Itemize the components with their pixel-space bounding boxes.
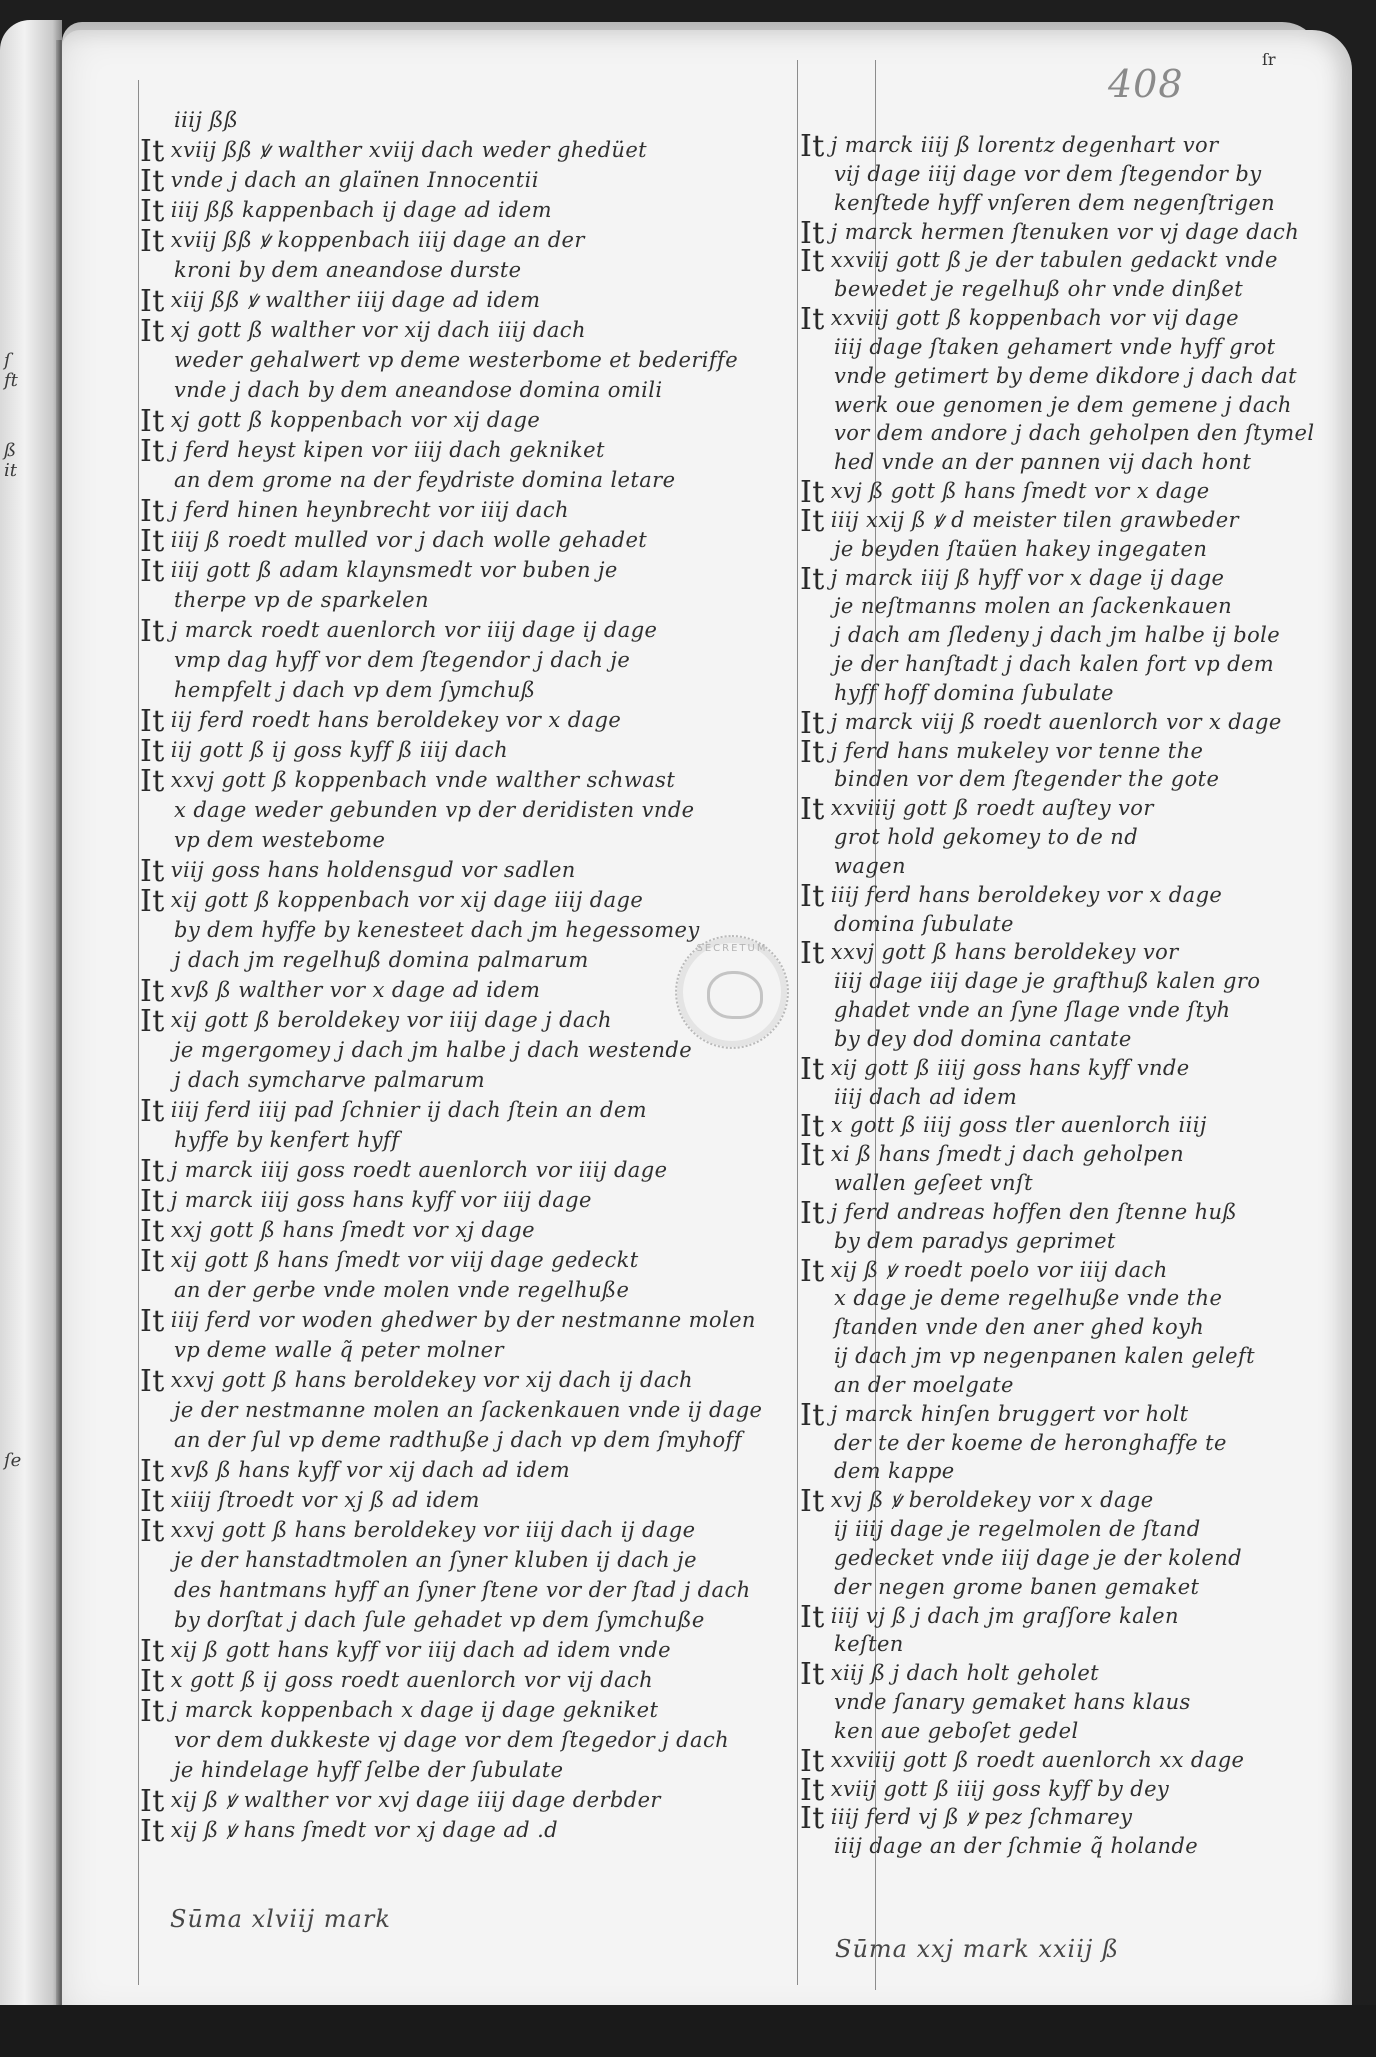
entry-text: xij ß ꝟ walther vor xvj dage iiij dage d… bbox=[171, 1788, 661, 1812]
entry-text: x dage weder gebunden vp der deridisten … bbox=[174, 798, 695, 822]
previous-page-fragment: ß bbox=[4, 440, 16, 461]
entry-text: j ferd heyst kipen vor iiij dach geknike… bbox=[171, 438, 605, 462]
item-mark: It bbox=[800, 129, 825, 164]
item-mark: It bbox=[800, 1254, 825, 1289]
item-mark: It bbox=[140, 764, 165, 799]
item-mark: It bbox=[140, 314, 165, 349]
entry-text: j dach jm regelhuß domina palmarum bbox=[174, 948, 589, 972]
entry-text: j ferd hinen heynbrecht vor iiij dach bbox=[171, 498, 569, 522]
item-mark: It bbox=[140, 1004, 165, 1039]
item-mark: It bbox=[800, 504, 825, 539]
item-mark: It bbox=[140, 1364, 165, 1399]
entry-text: xxvj gott ß koppenbach vnde walther schw… bbox=[171, 768, 675, 792]
entry-text: xij ß gott hans kyff vor iiij dach ad id… bbox=[171, 1638, 671, 1662]
right-column-total: Sūma xxj mark xxiij ß bbox=[835, 1935, 1119, 1963]
entry-text: je der nestmanne molen an ſackenkauen vn… bbox=[174, 1398, 762, 1422]
entry-text: j marck koppenbach x dage ij dage geknik… bbox=[171, 1698, 659, 1722]
entry-text: iiij gott ß adam klaynsmedt vor buben je bbox=[171, 558, 618, 582]
item-mark: It bbox=[800, 244, 825, 279]
left-margin-rule bbox=[138, 80, 139, 1985]
entry-text: xviij ßß ꝟ walther xviij dach weder ghed… bbox=[171, 138, 647, 162]
entry-text: vmp dag hyff vor dem ſtegendor j dach je bbox=[174, 648, 630, 672]
entry-text: by dem hyffe by kenesteet dach jm hegess… bbox=[174, 918, 700, 942]
item-mark: It bbox=[800, 936, 825, 971]
page-number: 408 bbox=[1108, 62, 1184, 106]
item-mark: It bbox=[140, 884, 165, 919]
previous-page-fragment: ft bbox=[4, 370, 18, 391]
left-column-total: Sūma xlviij mark bbox=[170, 1905, 391, 1933]
entry-text: vnde j dach by dem aneandose domina omil… bbox=[174, 378, 663, 402]
entry-text: iij gott ß ij goss kyff ß iiij dach bbox=[171, 738, 508, 762]
entry-text: an der ſul vp deme radthuße j dach vp de… bbox=[174, 1428, 742, 1452]
entry-text: xj gott ß walther vor xij dach iiij dach bbox=[171, 318, 586, 342]
entry-text: by dorſtat j dach ſule gehadet vp dem ſy… bbox=[174, 1608, 705, 1632]
entry-text: je der hanstadtmolen an ſyner kluben ij … bbox=[174, 1548, 697, 1572]
entry-text: iiij ferd vor woden ghedwer by der nestm… bbox=[171, 1308, 756, 1332]
ledger-entry: Itxij ß ꝟ hans ſmedt vor xj dage ad .d bbox=[140, 1810, 558, 1845]
entry-text: weder gehalwert vp deme westerbome et be… bbox=[174, 348, 738, 372]
entry-text: therpe vp de sparkelen bbox=[174, 588, 429, 612]
item-mark: It bbox=[140, 1694, 165, 1729]
entry-text: an dem grome na der feydriste domina let… bbox=[174, 468, 675, 492]
entry-text: xxj gott ß hans ſmedt vor xj dage bbox=[171, 1218, 535, 1242]
item-mark: It bbox=[800, 735, 825, 770]
corner-mark: ſr bbox=[1262, 50, 1276, 69]
entry-text: an der gerbe vnde molen vnde regelhuße bbox=[174, 1278, 629, 1302]
item-mark: It bbox=[140, 1244, 165, 1279]
archive-stamp: SECRETUM bbox=[675, 935, 789, 1049]
entry-text: hyffe by kenfert hyff bbox=[174, 1128, 399, 1152]
entry-text: xiiij ſtroedt vor xj ß ad idem bbox=[171, 1488, 480, 1512]
entry-text: j dach symcharve palmarum bbox=[174, 1068, 485, 1092]
item-mark: It bbox=[140, 1094, 165, 1129]
item-mark: It bbox=[800, 792, 825, 827]
entry-text: je mgergomey j dach jm halbe j dach west… bbox=[174, 1038, 692, 1062]
item-mark: It bbox=[800, 1052, 825, 1087]
entry-text: xiij ßß ꝟ walther iiij dage ad idem bbox=[171, 288, 541, 312]
entry-text: je hindelage hyff ſelbe der ſubulate bbox=[174, 1758, 563, 1782]
item-mark: It bbox=[800, 1138, 825, 1173]
entry-text: xxvj gott ß hans beroldekey vor iiij dac… bbox=[171, 1518, 696, 1542]
previous-page-edge: ſ ft ß it ſe bbox=[0, 20, 62, 2010]
entry-text: xvß ß hans kyff vor xij dach ad idem bbox=[171, 1458, 570, 1482]
entry-text: iiij ferd iiij pad ſchnier ij dach ſtein… bbox=[171, 1098, 647, 1122]
item-mark: It bbox=[140, 554, 165, 589]
item-mark: It bbox=[140, 1304, 165, 1339]
previous-page-fragment: it bbox=[4, 460, 17, 481]
entry-text: vnde j dach an glaïnen Innocentii bbox=[171, 168, 539, 192]
item-mark: It bbox=[800, 302, 825, 337]
entry-text: iiij ß roedt mulled vor j dach wolle geh… bbox=[171, 528, 647, 552]
previous-page-fragment: ſe bbox=[4, 1450, 21, 1471]
entry-text: kroni by dem aneandose durste bbox=[174, 258, 522, 282]
entry-text: j marck iiij goss hans kyff vor iiij dag… bbox=[171, 1188, 592, 1212]
entry-text: vp dem westebome bbox=[174, 828, 385, 852]
entry-text: xxvj gott ß hans beroldekey vor xij dach… bbox=[171, 1368, 693, 1392]
item-mark: It bbox=[140, 1814, 165, 1849]
entry-text: xj gott ß koppenbach vor xij dage bbox=[171, 408, 541, 432]
entry-text: vp deme walle q̃ peter molner bbox=[174, 1338, 504, 1362]
item-mark: It bbox=[800, 562, 825, 597]
previous-page-fragment: ſ bbox=[4, 350, 11, 371]
entry-text: x gott ß ij goss roedt auenlorch vor vij… bbox=[171, 1668, 653, 1692]
entry-text: xvß ß walther vor x dage ad idem bbox=[171, 978, 541, 1002]
entry-text: hempfelt j dach vp dem ſymchuß bbox=[174, 678, 535, 702]
item-mark: It bbox=[800, 1600, 825, 1635]
item-mark: It bbox=[800, 1196, 825, 1231]
ledger-entry: iiij dage an der ſchmie q̃ holande bbox=[828, 1826, 1198, 1861]
entry-text: xij gott ß koppenbach vor xij dage iiij … bbox=[171, 888, 643, 912]
item-mark: It bbox=[800, 879, 825, 914]
item-mark: It bbox=[800, 1801, 825, 1836]
entry-text: j marck iiij goss roedt auenlorch vor ii… bbox=[171, 1158, 668, 1182]
item-mark: It bbox=[140, 224, 165, 259]
entry-text: iiij dage an der ſchmie q̃ holande bbox=[834, 1834, 1198, 1858]
item-mark: It bbox=[140, 434, 165, 469]
entry-text: vor dem dukkeste vj dage vor dem ſtegedo… bbox=[174, 1728, 729, 1752]
item-mark: It bbox=[800, 1398, 825, 1433]
entry-text: xij ß ꝟ hans ſmedt vor xj dage ad .d bbox=[171, 1818, 558, 1842]
entry-text: xij gott ß beroldekey vor iiij dage j da… bbox=[171, 1008, 612, 1032]
entry-text: j marck roedt auenlorch vor iiij dage ij… bbox=[171, 618, 658, 642]
stamp-emblem-icon bbox=[707, 971, 763, 1019]
entry-text: iij ferd roedt hans beroldekey vor x dag… bbox=[171, 708, 621, 732]
column-divider-rule bbox=[797, 60, 798, 1985]
entry-text: iiij ßß bbox=[174, 108, 238, 132]
scan-background bbox=[0, 2005, 1376, 2057]
entry-text: des hantmans hyff an ſyner ſtene vor der… bbox=[174, 1578, 751, 1602]
entry-text: xij gott ß hans ſmedt vor viij dage gede… bbox=[171, 1248, 639, 1272]
item-mark: It bbox=[140, 1514, 165, 1549]
item-mark: It bbox=[800, 1484, 825, 1519]
entry-text: viij goss hans holdensgud vor sadlen bbox=[171, 858, 576, 882]
entry-text: iiij ßß kappenbach ij dage ad idem bbox=[171, 198, 552, 222]
entry-text: xviij ßß ꝟ koppenbach iiij dage an der bbox=[171, 228, 585, 252]
item-mark: It bbox=[800, 1657, 825, 1692]
item-mark: It bbox=[140, 614, 165, 649]
